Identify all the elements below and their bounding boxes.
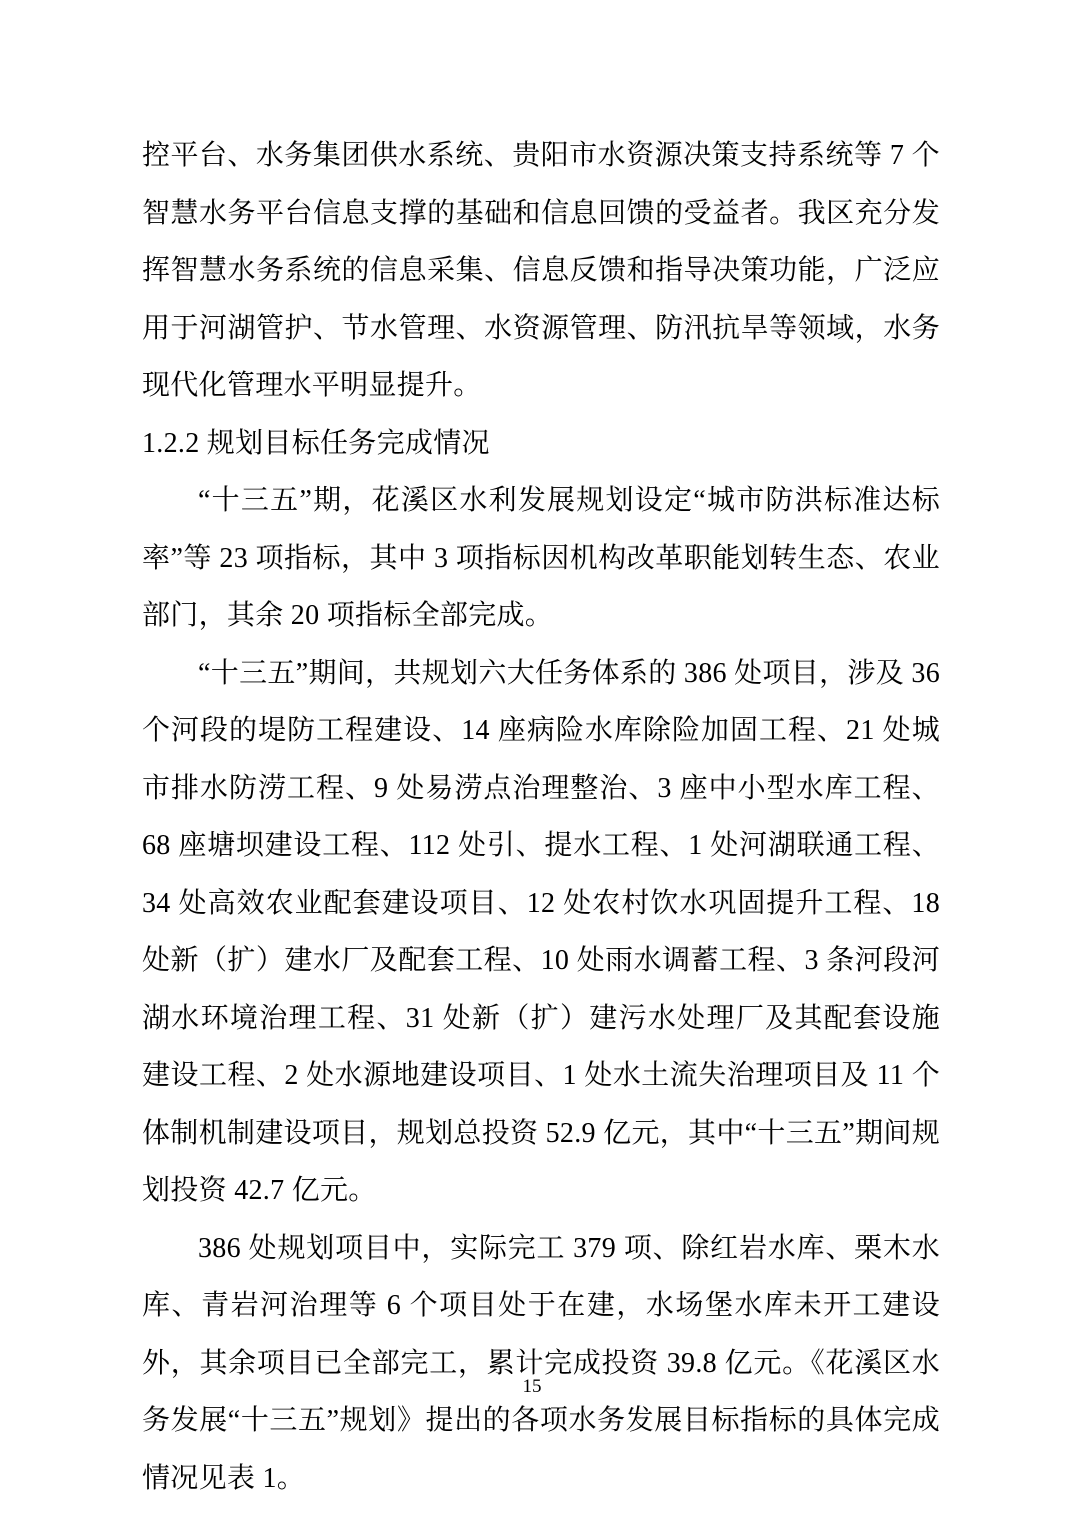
paragraph-smart-water-platform: 控平台、水务集团供水系统、贵阳市水资源决策支持系统等 7 个智慧水务平台信息支撑… xyxy=(142,127,940,415)
paragraph-completion-status: 386 处规划项目中，实际完工 379 项、除红岩水库、栗木水库、青岩河治理等 … xyxy=(142,1220,940,1508)
page-number: 15 xyxy=(0,1372,1064,1402)
paragraph-plan-targets: “十三五”期，花溪区水利发展规划设定“城市防洪标准达标率”等 23 项指标，其中… xyxy=(142,472,940,645)
document-page: 控平台、水务集团供水系统、贵阳市水资源决策支持系统等 7 个智慧水务平台信息支撑… xyxy=(0,0,1074,1520)
heading-section-1-2-2: 1.2.2 规划目标任务完成情况 xyxy=(142,415,940,473)
paragraph-plan-tasks-investment: “十三五”期间，共规划六大任务体系的 386 处项目，涉及 36 个河段的堤防工… xyxy=(142,645,940,1220)
document-body: 控平台、水务集团供水系统、贵阳市水资源决策支持系统等 7 个智慧水务平台信息支撑… xyxy=(142,127,940,1507)
